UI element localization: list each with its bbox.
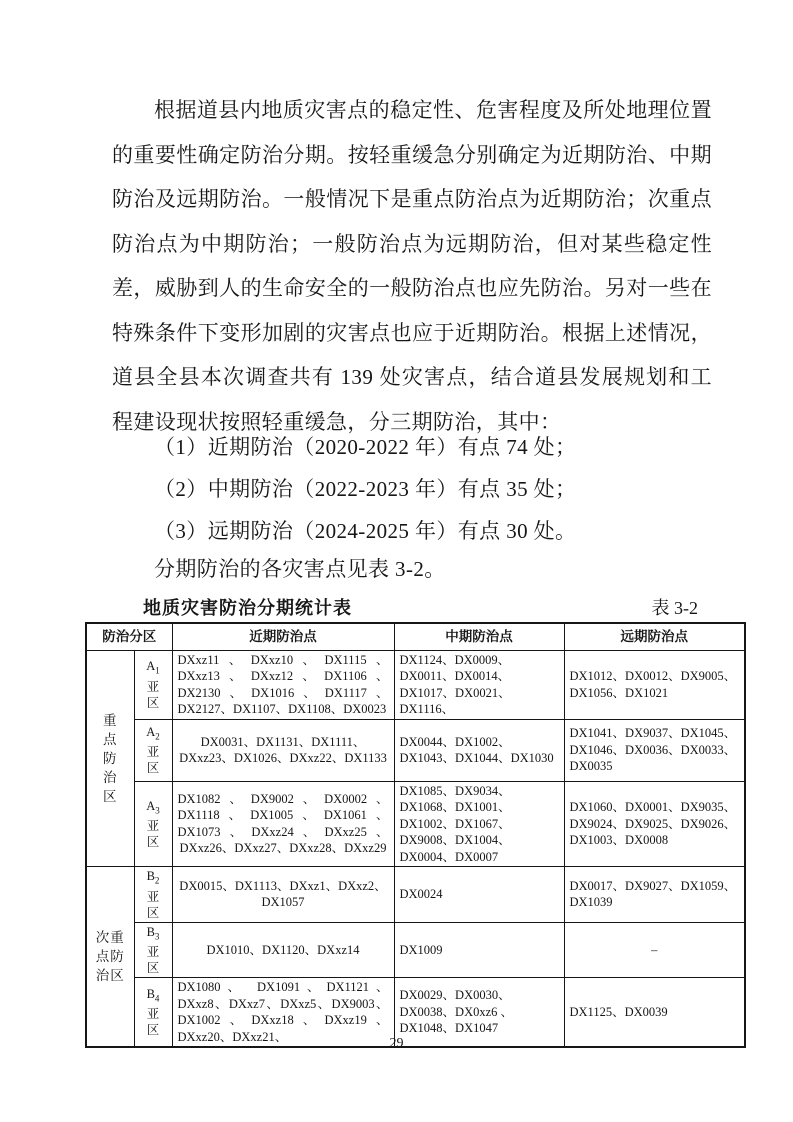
- page-number: 29: [0, 1036, 793, 1052]
- cell-a1-mid: DX1124、DX0009、DX0011、DX0014、DX1017、DX002…: [394, 650, 564, 719]
- table-row-b3: B3 亚 区 DX1010、DX1120、DXxz14 DX1009 –: [86, 922, 745, 978]
- table-title: 地质灾害防治分期统计表: [85, 594, 352, 620]
- cell-a1-near: DXxz11、DXxz10、DX1115、DXxz13、DXxz12、DX110…: [172, 650, 394, 719]
- cell-a2-far: DX1041、DX9037、DX1045、DX1046、DX0036、DX003…: [564, 719, 745, 781]
- cell-a3-mid: DX1085、DX9034、DX1068、DX1001、DX1002、DX106…: [394, 781, 564, 867]
- closing-sentence: 分期防治的各灾害点见表 3-2。: [112, 548, 712, 590]
- paragraph-main: 根据道县内地质灾害点的稳定性、危害程度及所处地理位置的重要性确定防治分期。按轻重…: [112, 88, 712, 444]
- zone-suffix: 亚 区: [140, 744, 167, 776]
- cell-b3-mid: DX1009: [394, 922, 564, 978]
- header-near-term: 近期防治点: [172, 623, 394, 650]
- zone-code: B2: [140, 868, 167, 889]
- zone-label-a1: A1 亚 区: [134, 650, 172, 719]
- zone-suffix: 亚 区: [140, 818, 167, 850]
- table-caption-row: 地质灾害防治分期统计表 表 3-2: [85, 592, 744, 620]
- cell-a3-near: DX1082、DX9002、DX0002、DX1118、DX1005、DX106…: [172, 781, 394, 867]
- cell-a2-near: DX0031、DX1131、DX1111、DXxz23、DX1026、DXxz2…: [172, 719, 394, 781]
- table-row-b2: 次重 点防 治区 B2 亚 区 DX0015、DX1113、DXxz1、DXxz…: [86, 867, 745, 923]
- cell-b2-near: DX0015、DX1113、DXxz1、DXxz2、DX1057: [172, 867, 394, 923]
- zone-suffix: 亚 区: [140, 944, 167, 976]
- zone-label-a2: A2 亚 区: [134, 719, 172, 781]
- zone-code: B3: [140, 924, 167, 945]
- table-row-a2: A2 亚 区 DX0031、DX1131、DX1111、DXxz23、DX102…: [86, 719, 745, 781]
- header-mid-term: 中期防治点: [394, 623, 564, 650]
- zone-label-a3: A3 亚 区: [134, 781, 172, 867]
- header-zone: 防治分区: [86, 623, 172, 650]
- header-far-term: 远期防治点: [564, 623, 745, 650]
- list-item-mid-term: （2）中期防治（2022-2023 年）有点 35 处；: [112, 468, 712, 510]
- cell-b2-far: DX0017、DX9027、DX1059、DX1039: [564, 867, 745, 923]
- zone-code: A1: [140, 658, 167, 679]
- zone-code: A2: [140, 724, 167, 745]
- table-row-a1: 重 点 防 治 区 A1 亚 区 DXxz11、DXxz10、DX1115、DX…: [86, 650, 745, 719]
- zone-label-b3: B3 亚 区: [134, 922, 172, 978]
- list-item-near-term: （1）近期防治（2020-2022 年）有点 74 处；: [112, 426, 712, 468]
- list-item-far-term: （3）远期防治（2024-2025 年）有点 30 处。: [112, 510, 712, 552]
- cell-a1-far: DX1012、DX0012、DX9005、DX1056、DX1021: [564, 650, 745, 719]
- zone-suffix: 亚 区: [140, 1006, 167, 1038]
- table-row-a3: A3 亚 区 DX1082、DX9002、DX0002、DX1118、DX100…: [86, 781, 745, 867]
- prevention-period-table: 防治分区 近期防治点 中期防治点 远期防治点 重 点 防 治 区 A1 亚 区 …: [85, 622, 746, 1048]
- cell-b3-far: –: [564, 922, 745, 978]
- zone-code: A3: [140, 798, 167, 819]
- table-header-row: 防治分区 近期防治点 中期防治点 远期防治点: [86, 623, 745, 650]
- zone-suffix: 亚 区: [140, 889, 167, 921]
- cell-b3-near: DX1010、DX1120、DXxz14: [172, 922, 394, 978]
- table-number-label: 表 3-2: [652, 594, 745, 620]
- zone-suffix: 亚 区: [140, 679, 167, 711]
- document-page: 根据道县内地质灾害点的稳定性、危害程度及所处地理位置的重要性确定防治分期。按轻重…: [0, 0, 793, 1122]
- zone-code: B4: [140, 986, 167, 1007]
- cell-a2-mid: DX0044、DX1002、DX1043、DX1044、DX1030: [394, 719, 564, 781]
- group-label-key-zone: 重 点 防 治 区: [86, 650, 134, 867]
- cell-a3-far: DX1060、DX0001、DX9035、DX9024、DX9025、DX902…: [564, 781, 745, 867]
- zone-label-b2: B2 亚 区: [134, 867, 172, 923]
- numbered-list: （1）近期防治（2020-2022 年）有点 74 处； （2）中期防治（202…: [112, 426, 712, 552]
- cell-b2-mid: DX0024: [394, 867, 564, 923]
- group-label-secondary-zone: 次重 点防 治区: [86, 867, 134, 1048]
